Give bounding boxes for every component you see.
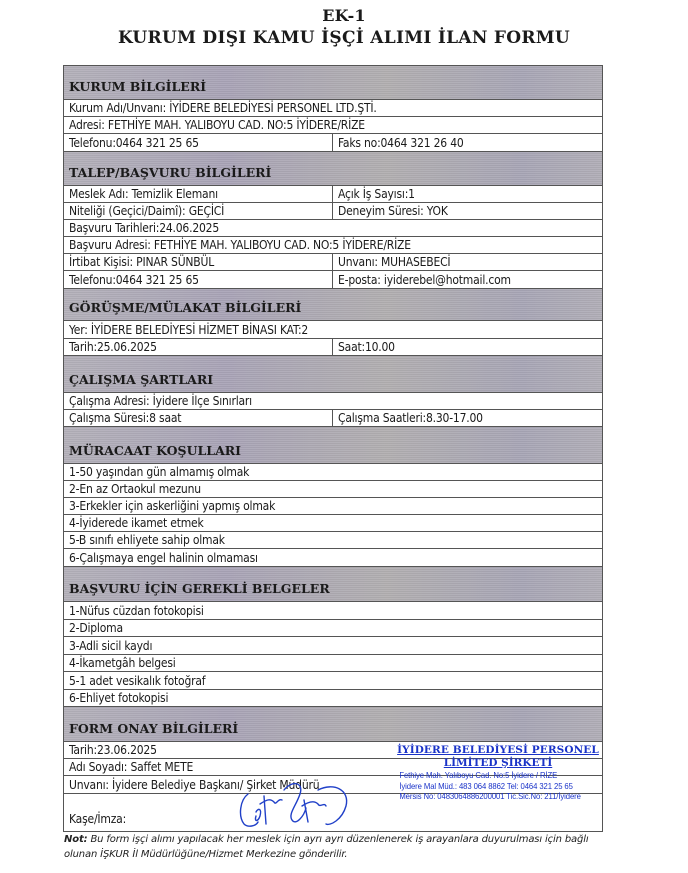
section-header-request: TALEP/BAŞVURU BİLGİLERİ (64, 152, 602, 186)
section-header-work-conditions: ÇALIŞMA ŞARTLARI (64, 356, 602, 393)
document-text: 5-1 adet vesikalık fotoğraf (64, 672, 602, 689)
requirement-item: 6-Çalışmaya engel halinin olmaması (64, 549, 602, 567)
job-nature: Niteliği (Geçici/Daimî): GEÇİCİ (64, 203, 333, 219)
seal-signature-row: Kaşe/İmza: (64, 794, 602, 832)
institution-address: Adresi: FETHİYE MAH. YALIBOYU CAD. NO:5 … (64, 117, 602, 133)
work-address: Çalışma Adresi: İyidere İlçe Sınırları (64, 393, 602, 409)
requirement-text: 6-Çalışmaya engel halinin olmaması (64, 549, 602, 566)
requirement-item: 1-50 yaşından gün almamış olmak (64, 464, 602, 481)
requirement-text: 2-En az Ortaokul mezunu (64, 481, 602, 497)
contact-person-row: İrtibat Kişisi: PINAR SÜNBÜL Unvanı: MUH… (64, 254, 602, 271)
request-contact-row: Telefonu:0464 321 25 65 E-posta: iyidere… (64, 271, 602, 289)
contact-person: İrtibat Kişisi: PINAR SÜNBÜL (64, 254, 333, 270)
footnote-text: Bu form işçi alımı yapılacak her meslek … (64, 834, 588, 860)
page-title: KURUM DIŞI KAMU İŞÇİ ALIMI İLAN FORMU (0, 26, 688, 50)
requirement-item: 5-B sınıfı ehliyete sahip olmak (64, 532, 602, 549)
requirement-text: 4-İyiderede ikamet etmek (64, 515, 602, 531)
requirement-text: 5-B sınıfı ehliyete sahip olmak (64, 532, 602, 548)
institution-phone: Telefonu:0464 321 25 65 (64, 134, 333, 151)
annex-label: EK-1 (0, 6, 688, 26)
requirement-text: 1-50 yaşından gün almamış olmak (64, 464, 602, 480)
interview-time: Saat:10.00 (333, 339, 602, 355)
approver-name: Adı Soyadı: Saffet METE (64, 759, 602, 775)
document-item: 2-Diploma (64, 620, 602, 637)
interview-place: Yer: İYİDERE BELEDİYESİ HİZMET BİNASI KA… (64, 321, 602, 338)
approval-date: Tarih:23.06.2025 (64, 742, 602, 758)
occupation-row: Meslek Adı: Temizlik Elemanı Açık İş Say… (64, 186, 602, 203)
contact-title: Unvanı: MUHASEBECİ (333, 254, 602, 270)
application-address-row: Başvuru Adresi: FETHİYE MAH. YALIBOYU CA… (64, 237, 602, 254)
interview-place-row: Yer: İYİDERE BELEDİYESİ HİZMET BİNASI KA… (64, 321, 602, 339)
work-duration: Çalışma Süresi:8 saat (64, 410, 333, 426)
document-item: 4-İkametgâh belgesi (64, 655, 602, 672)
section-header-approval: FORM ONAY BİLGİLERİ (64, 707, 602, 742)
document-item: 1-Nüfus cüzdan fotokopisi (64, 602, 602, 620)
experience: Deneyim Süresi: YOK (333, 203, 602, 219)
section-header-requirements: MÜRACAAT KOŞULLARI (64, 427, 602, 464)
document-text: 4-İkametgâh belgesi (64, 655, 602, 671)
interview-datetime-row: Tarih:25.06.2025 Saat:10.00 (64, 339, 602, 356)
requirement-item: 3-Erkekler için askerliğini yapmış olmak (64, 498, 602, 515)
occupation: Meslek Adı: Temizlik Elemanı (64, 186, 333, 202)
announcement-form: KURUM BİLGİLERİ Kurum Adı/Unvanı: İYİDER… (63, 65, 603, 832)
institution-address-row: Adresi: FETHİYE MAH. YALIBOYU CAD. NO:5 … (64, 117, 602, 134)
application-dates: Başvuru Tarihleri:24.06.2025 (64, 220, 602, 236)
document-item: 5-1 adet vesikalık fotoğraf (64, 672, 602, 690)
seal-signature-label: Kaşe/İmza: (64, 794, 602, 831)
work-hours: Çalışma Saatleri:8.30-17.00 (333, 410, 602, 426)
approval-title-row: Unvanı: İyidere Belediye Başkanı/ Şirket… (64, 776, 602, 794)
section-header-institution: KURUM BİLGİLERİ (64, 66, 602, 100)
requirement-item: 4-İyiderede ikamet etmek (64, 515, 602, 532)
section-header-documents: BAŞVURU İÇİN GEREKLİ BELGELER (64, 567, 602, 602)
approval-name-row: Adı Soyadı: Saffet METE (64, 759, 602, 776)
document-text: 2-Diploma (64, 620, 602, 636)
document-item: 3-Adli sicil kaydı (64, 637, 602, 655)
document-text: 3-Adli sicil kaydı (64, 637, 602, 654)
footnote-label: Not: (64, 834, 87, 845)
nature-row: Niteliği (Geçici/Daimî): GEÇİCİ Deneyim … (64, 203, 602, 220)
interview-date: Tarih:25.06.2025 (64, 339, 333, 355)
open-positions: Açık İş Sayısı:1 (333, 186, 602, 202)
institution-fax: Faks no:0464 321 26 40 (333, 134, 602, 151)
application-dates-row: Başvuru Tarihleri:24.06.2025 (64, 220, 602, 237)
approval-block: Tarih:23.06.2025 Adı Soyadı: Saffet METE… (64, 742, 602, 832)
document-item: 6-Ehliyet fotokopisi (64, 690, 602, 707)
approval-date-row: Tarih:23.06.2025 (64, 742, 602, 759)
institution-name-row: Kurum Adı/Unvanı: İYİDERE BELEDİYESİ PER… (64, 100, 602, 117)
institution-name: Kurum Adı/Unvanı: İYİDERE BELEDİYESİ PER… (64, 100, 602, 116)
approver-title: Unvanı: İyidere Belediye Başkanı/ Şirket… (64, 776, 602, 793)
section-header-interview: GÖRÜŞME/MÜLAKAT BİLGİLERİ (64, 289, 602, 321)
document-text: 1-Nüfus cüzdan fotokopisi (64, 602, 602, 619)
work-address-row: Çalışma Adresi: İyidere İlçe Sınırları (64, 393, 602, 410)
work-hours-row: Çalışma Süresi:8 saat Çalışma Saatleri:8… (64, 410, 602, 427)
requirement-text: 3-Erkekler için askerliğini yapmış olmak (64, 498, 602, 514)
footnote: Not: Bu form işçi alımı yapılacak her me… (64, 832, 624, 862)
document-text: 6-Ehliyet fotokopisi (64, 690, 602, 706)
application-address: Başvuru Adresi: FETHİYE MAH. YALIBOYU CA… (64, 237, 602, 253)
request-email[interactable]: E-posta: iyiderebel@hotmail.com (333, 271, 602, 288)
request-phone: Telefonu:0464 321 25 65 (64, 271, 333, 288)
institution-contact-row: Telefonu:0464 321 25 65 Faks no:0464 321… (64, 134, 602, 152)
requirement-item: 2-En az Ortaokul mezunu (64, 481, 602, 498)
document-header: EK-1 KURUM DIŞI KAMU İŞÇİ ALIMI İLAN FOR… (0, 6, 688, 50)
